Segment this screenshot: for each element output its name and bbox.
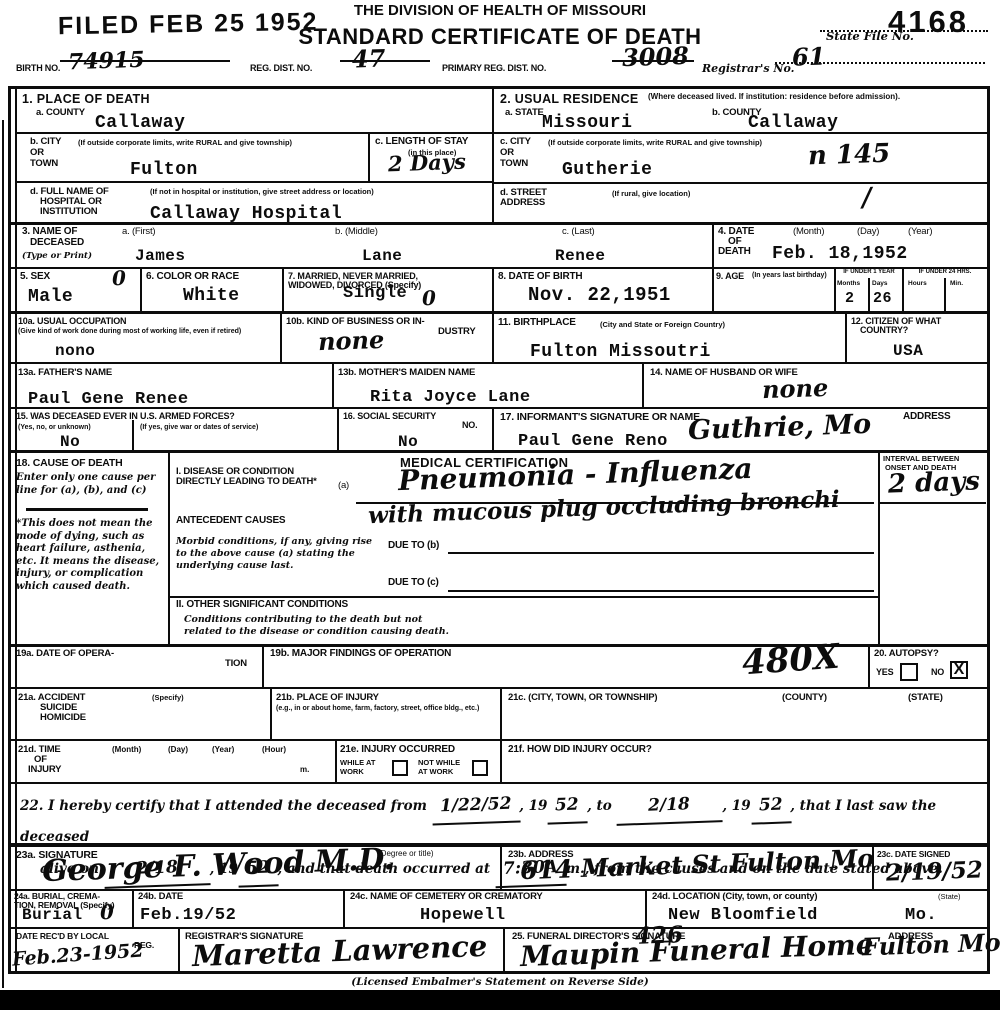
mother-value: Rita Joyce Lane: [370, 388, 531, 407]
time-hour-label: (Hour): [262, 746, 286, 755]
reverse-side-note: (Licensed Embalmer's Statement on Revers…: [0, 976, 1000, 989]
death-date-value: Feb. 18,1952: [772, 244, 908, 264]
middle-name-label: b. (Middle): [335, 227, 378, 237]
other-conditions-note: Conditions contributing to the death but…: [184, 614, 449, 638]
while-at-work-label: WHILE AT: [340, 759, 375, 767]
death-day-label: (Day): [857, 227, 879, 237]
disease-label-2: DIRECTLY LEADING TO DEATH*: [176, 477, 317, 487]
time-of-injury-label-3: INJURY: [28, 765, 61, 775]
res-city-label-2: OR: [500, 148, 514, 158]
age-days-label: Days: [872, 280, 888, 287]
street-label-2: ADDRESS: [500, 198, 545, 208]
county-label: a. COUNTY: [36, 108, 85, 118]
while-at-work-checkbox: [392, 760, 408, 776]
location-state-value: Mo.: [905, 906, 937, 925]
certify-hand-year2: 52: [750, 787, 791, 824]
funeral-director-address-value: Fulton Mo: [862, 928, 1000, 962]
interval-value: 2 days: [888, 466, 981, 499]
place-of-injury-label: 21b. PLACE OF INJURY: [276, 693, 379, 703]
how-injury-label: 21f. HOW DID INJURY OCCUR?: [508, 745, 652, 756]
ssn-label: 16. SOCIAL SECURITY: [343, 412, 436, 421]
division-title: THE DIVISION OF HEALTH OF MISSOURI: [290, 2, 710, 19]
last-name-value: Renee: [555, 247, 606, 265]
spouse-value: none: [762, 373, 829, 404]
date-signed-value: 2/19/52: [886, 856, 984, 886]
registrar-no-label: Registrar's No.: [702, 62, 794, 76]
res-city-value: Gutherie: [562, 160, 652, 180]
cemetery-value: Hopewell: [420, 906, 506, 925]
usual-residence-title: 2. USUAL RESIDENCE: [500, 92, 639, 106]
injury-occurred-label: 21e. INJURY OCCURRED: [340, 745, 455, 756]
birthplace-value: Fulton Missoutri: [530, 342, 711, 362]
last-name-label: c. (Last): [562, 227, 595, 237]
sex-hand-mark: 0: [112, 266, 127, 290]
scan-bottom-bar: [0, 990, 1000, 1010]
death-year-label: (Year): [908, 227, 932, 237]
city-label-3: TOWN: [30, 159, 58, 169]
age-hours-label: Hours: [908, 280, 927, 287]
time-month-label: (Month): [112, 746, 141, 755]
place-of-injury-note: (e.g., in or about home, farm, factory, …: [276, 705, 491, 713]
state-file-number: 4168: [888, 4, 969, 40]
armed-forces-note1: (Yes, no, or unknown): [18, 424, 126, 432]
age-min-label: Min.: [950, 280, 963, 287]
death-certificate-scan: { "header": { "filed_stamp": "FILED FEB …: [0, 0, 1000, 1010]
sex-value: Male: [28, 287, 73, 307]
armed-forces-note2: (If yes, give war or dates of service): [140, 424, 330, 432]
marital-hand-mark: 0: [422, 286, 437, 310]
res-city-label: c. CITY: [500, 137, 531, 147]
accident-label-3: HOMICIDE: [40, 713, 86, 723]
occupation-label: 10a. USUAL OCCUPATION: [18, 317, 126, 326]
res-state-label: a. STATE: [505, 108, 544, 118]
birth-no-label: BIRTH NO.: [16, 64, 60, 73]
cemetery-label: 24c. NAME OF CEMETERY OR CREMATORY: [350, 892, 543, 902]
registrar-no-value: 61: [792, 41, 826, 71]
stay-label: c. LENGTH OF STAY: [375, 137, 485, 148]
date-received-label: DATE REC'D BY LOCAL: [16, 932, 109, 941]
race-label: 6. COLOR OR RACE: [146, 272, 239, 283]
res-city-label-3: TOWN: [500, 159, 528, 169]
accident-note: (Specify): [152, 694, 184, 702]
age-months-label: Months: [837, 280, 860, 287]
cause-note2: *This does not mean the mode of dying, s…: [16, 518, 164, 593]
business-label-2: DUSTRY: [438, 327, 476, 337]
city-note: (If outside corporate limits, write RURA…: [78, 139, 363, 147]
hospital-label-3: INSTITUTION: [40, 207, 97, 217]
business-value: none: [318, 325, 385, 356]
city-value: Fulton: [130, 160, 198, 180]
name-label: 3. NAME OF: [22, 227, 77, 238]
autopsy-yes-label: YES: [876, 668, 893, 677]
disease-a-label: (a): [338, 481, 349, 491]
age-label: 9. AGE: [716, 272, 744, 281]
location-label: 24d. LOCATION (City, town, or county): [652, 892, 817, 902]
injury-county-label: (COUNTY): [782, 693, 827, 703]
middle-name-value: Lane: [362, 247, 402, 265]
certify-hand-from-date: 1/22/52: [431, 786, 520, 825]
not-while-at-work-label-2: AT WORK: [418, 768, 453, 776]
certify-text: 22. I hereby certify that I attended the…: [20, 798, 427, 814]
usual-residence-note: (Where deceased lived. If institution: r…: [648, 93, 983, 102]
date-received-value: Feb.23-1952: [11, 939, 144, 970]
street-note: (If rural, give location): [612, 190, 690, 198]
certify-hand-year1: 52: [547, 787, 588, 824]
burial-date-value: Feb.19/52: [140, 906, 236, 925]
ssn-value: No: [398, 433, 418, 451]
burial-value: Burial: [22, 906, 83, 924]
armed-forces-value: No: [60, 433, 80, 451]
location-value: New Bloomfield: [668, 906, 818, 925]
burial-date-label: 24b. DATE: [138, 892, 183, 902]
injury-city-label: 21c. (CITY, TOWN, OR TOWNSHIP): [508, 693, 657, 703]
age-under24-label: IF UNDER 24 HRS.: [904, 269, 986, 276]
while-at-work-label-2: WORK: [340, 768, 364, 776]
res-county-value: Callaway: [748, 113, 838, 133]
autopsy-no-checkbox: X: [950, 661, 968, 679]
birth-date-value: Nov. 22,1951: [528, 284, 671, 306]
hospital-value: Callaway Hospital: [150, 204, 342, 224]
city-label: b. CITY: [30, 137, 61, 147]
res-city-note: (If outside corporate limits, write RURA…: [548, 139, 848, 147]
time-day-label: (Day): [168, 746, 188, 755]
primary-reg-value: 3008: [622, 41, 690, 72]
armed-forces-label: 15. WAS DECEASED EVER IN U.S. ARMED FORC…: [16, 412, 331, 421]
due-to-b-label: DUE TO (b): [388, 541, 439, 552]
name-label-2: DECEASED: [30, 238, 84, 249]
not-while-at-work-checkbox: [472, 760, 488, 776]
death-date-label-3: DEATH: [718, 247, 751, 258]
city-label-2: OR: [30, 148, 44, 158]
injury-state-label: (STATE): [908, 693, 943, 703]
father-value: Paul Gene Renee: [28, 390, 189, 409]
birthplace-note: (City and State or Foreign Country): [600, 321, 725, 329]
place-of-death-title: 1. PLACE OF DEATH: [22, 92, 150, 106]
time-m-label: m.: [300, 766, 309, 775]
autopsy-no-label: NO: [931, 668, 944, 677]
time-year-label: (Year): [212, 746, 234, 755]
death-month-label: (Month): [793, 227, 824, 237]
marital-value: Single: [343, 284, 407, 303]
informant-address-label: ADDRESS: [903, 412, 951, 423]
certify-hand-to-date: 2/18: [616, 786, 723, 826]
primary-reg-label: PRIMARY REG. DIST. NO.: [442, 64, 546, 73]
cause-note1: Enter only one cause per line for (a), (…: [16, 472, 161, 497]
morbid-note: Morbid conditions, if any, giving rise t…: [176, 536, 381, 572]
ssn-label-2: NO.: [462, 421, 477, 430]
birthplace-label: 11. BIRTHPLACE: [498, 318, 576, 329]
other-conditions-label: II. OTHER SIGNIFICANT CONDITIONS: [176, 600, 348, 611]
stay-value: 2 Days: [388, 149, 467, 177]
informant-label: 17. INFORMANT'S SIGNATURE OR NAME: [500, 412, 700, 423]
autopsy-yes-checkbox: [900, 663, 918, 681]
age-label-note: (In years last birthday): [752, 272, 832, 280]
location-state-note: (State): [938, 893, 961, 901]
first-name-label: a. (First): [122, 227, 155, 237]
operation-findings-label: 19b. MAJOR FINDINGS OF OPERATION: [270, 649, 451, 660]
street-hand: /: [861, 183, 872, 213]
age-under1-label: IF UNDER 1 YEAR: [836, 269, 902, 276]
hospital-note: (If not in hospital or institution, give…: [150, 188, 485, 196]
occupation-note: (Give kind of work done during most of w…: [18, 328, 268, 336]
interval-label: INTERVAL BETWEEN: [883, 455, 959, 463]
operation-date-label-2: TION: [225, 659, 247, 669]
first-name-value: James: [135, 247, 186, 265]
occupation-value: nono: [55, 342, 95, 360]
reg-dist-value: 47: [352, 43, 386, 73]
name-label-3: (Type or Print): [22, 251, 92, 262]
operation-date-label: 19a. DATE OF OPERA-: [16, 649, 114, 659]
citizen-value: USA: [893, 342, 923, 360]
autopsy-label: 20. AUTOPSY?: [874, 649, 939, 659]
operation-findings-hand: 480X: [741, 637, 841, 684]
father-label: 13a. FATHER'S NAME: [18, 368, 112, 378]
citizen-label-2: COUNTRY?: [860, 326, 908, 335]
age-months-value: 2: [845, 290, 855, 307]
age-days-value: 26: [873, 290, 892, 307]
informant-address-value: Guthrie, Mo: [688, 409, 872, 446]
informant-value: Paul Gene Reno: [518, 432, 668, 451]
reg-dist-label: REG. DIST. NO.: [250, 64, 312, 73]
antecedent-label: ANTECEDENT CAUSES: [176, 516, 285, 527]
res-city-hand: n 145: [808, 139, 891, 172]
county-value: Callaway: [95, 113, 185, 133]
due-to-c-label: DUE TO (c): [388, 578, 439, 589]
mother-label: 13b. MOTHER'S MAIDEN NAME: [338, 368, 475, 378]
burial-hand-mark: 0: [100, 900, 115, 924]
birth-date-label: 8. DATE OF BIRTH: [498, 272, 582, 283]
race-value: White: [183, 286, 240, 306]
res-state-value: Missouri: [542, 113, 632, 133]
sex-label: 5. SEX: [20, 272, 50, 283]
cause-label: 18. CAUSE OF DEATH: [16, 458, 122, 469]
not-while-at-work-label: NOT WHILE: [418, 759, 460, 767]
